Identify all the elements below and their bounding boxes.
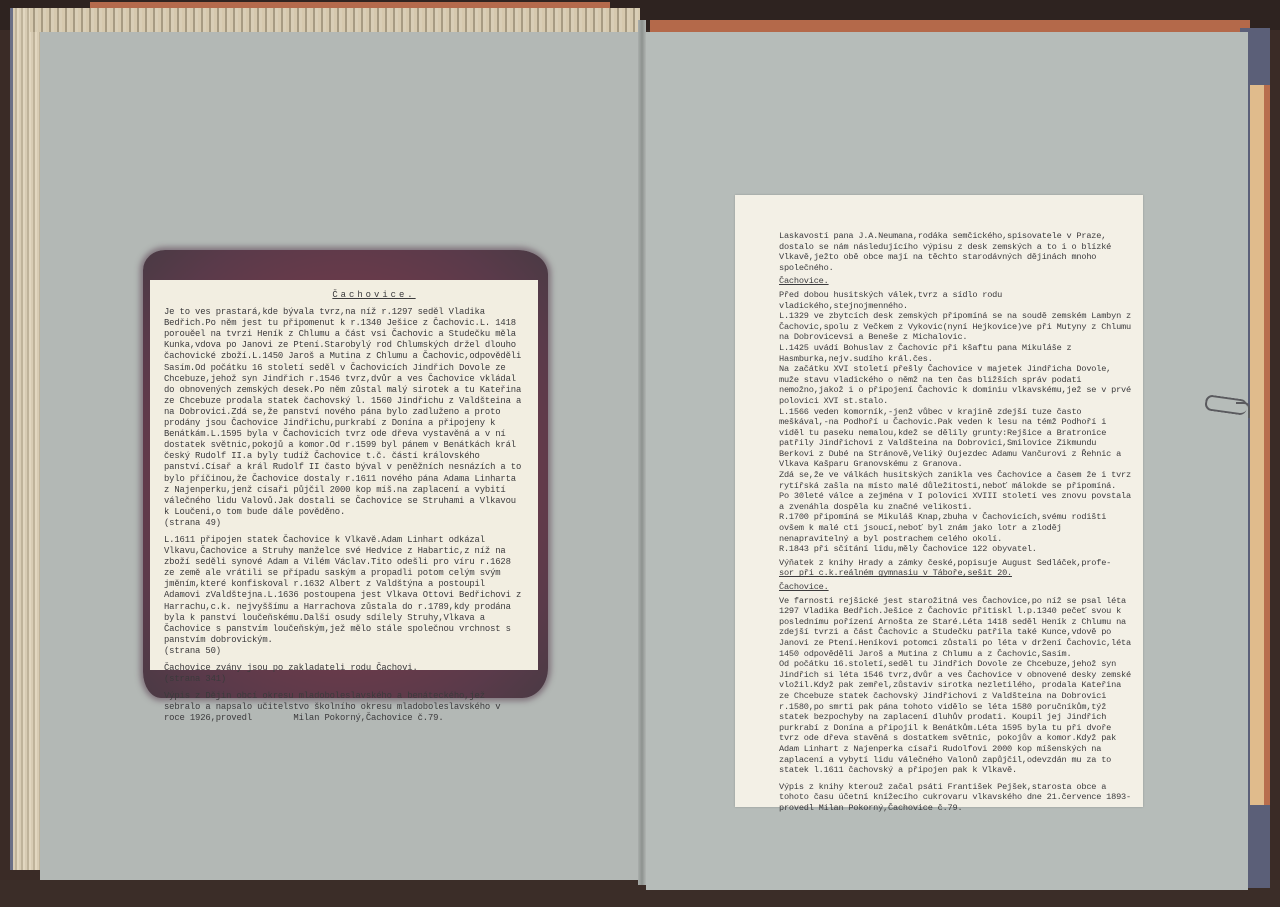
right-excerpt-line-1: Výňatek z knihy Hrady a zámky české,popi…	[779, 558, 1131, 569]
left-paragraph: Je to ves prastará,kde bývala tvrz,na ní…	[164, 307, 524, 518]
right-paragraph: R.1700 připomíná se Mikuláš Knap,zbuha v…	[779, 512, 1131, 544]
right-paragraph: R.1843 při sčítání lidu,měly Čachovice 1…	[779, 544, 1131, 555]
right-paragraph: Na začátku XVI století přešly Čachovice …	[779, 364, 1131, 406]
book-spine	[638, 20, 646, 885]
right-heading-2: Čachovice.	[779, 582, 1131, 593]
left-paragraph: Čachovice zvány jsou po zakladateli rodu…	[164, 663, 524, 674]
left-paragraph: L.1611 připojen statek Čachovice k Vlkav…	[164, 535, 524, 646]
left-page-ref: (strana 50)	[164, 646, 524, 657]
right-paragraph: Před dobou husitských válek,tvrz a sídlo…	[779, 290, 1131, 311]
left-typed-sheet: Čachovice. Je to ves prastará,kde bývala…	[150, 280, 538, 670]
paper-clip-tail	[1236, 402, 1250, 418]
right-paragraph: Od počátku 16.století,seděl tu Jindřich …	[779, 659, 1131, 776]
right-paragraph: Po 30leté válce a zejména v I polovici X…	[779, 491, 1131, 512]
right-closing-note: Výpis z knihy kterouž začal psáti Franti…	[779, 782, 1131, 814]
right-paragraph: L.1566 veden komorník,-jenž vůbec v kraj…	[779, 407, 1131, 471]
page-edge-right	[1250, 85, 1270, 805]
right-paragraph: Ve farnosti rejšické jest starožitná ves…	[779, 596, 1131, 660]
right-paragraph: Zdá se,že ve válkách husitských zanikla …	[779, 470, 1131, 491]
left-page-stack-top	[30, 8, 640, 32]
left-sheet-title: Čachovice.	[164, 290, 524, 301]
right-paragraph: L.1329 ve zbytcích desk zemských připomí…	[779, 311, 1131, 343]
cover-edge-top-right	[650, 20, 1250, 32]
left-source-note: Výpis z Dějin obcí okresu mladoboleslavs…	[164, 691, 524, 724]
right-intro: Laskavostí pana J.A.Neumana,rodáka semči…	[779, 231, 1131, 273]
left-page-ref: (strana 49)	[164, 518, 524, 529]
right-typed-sheet: Laskavostí pana J.A.Neumana,rodáka semči…	[735, 195, 1143, 807]
right-heading-1: Čachovice.	[779, 276, 1131, 287]
left-page-ref: (strana 341)	[164, 674, 524, 685]
right-paragraph: L.1425 uvádí Bohuslav z Čachovic při kša…	[779, 343, 1131, 364]
right-excerpt-line-2: sor při c.k.reálném gymnasiu v Táboře,se…	[779, 568, 1131, 579]
